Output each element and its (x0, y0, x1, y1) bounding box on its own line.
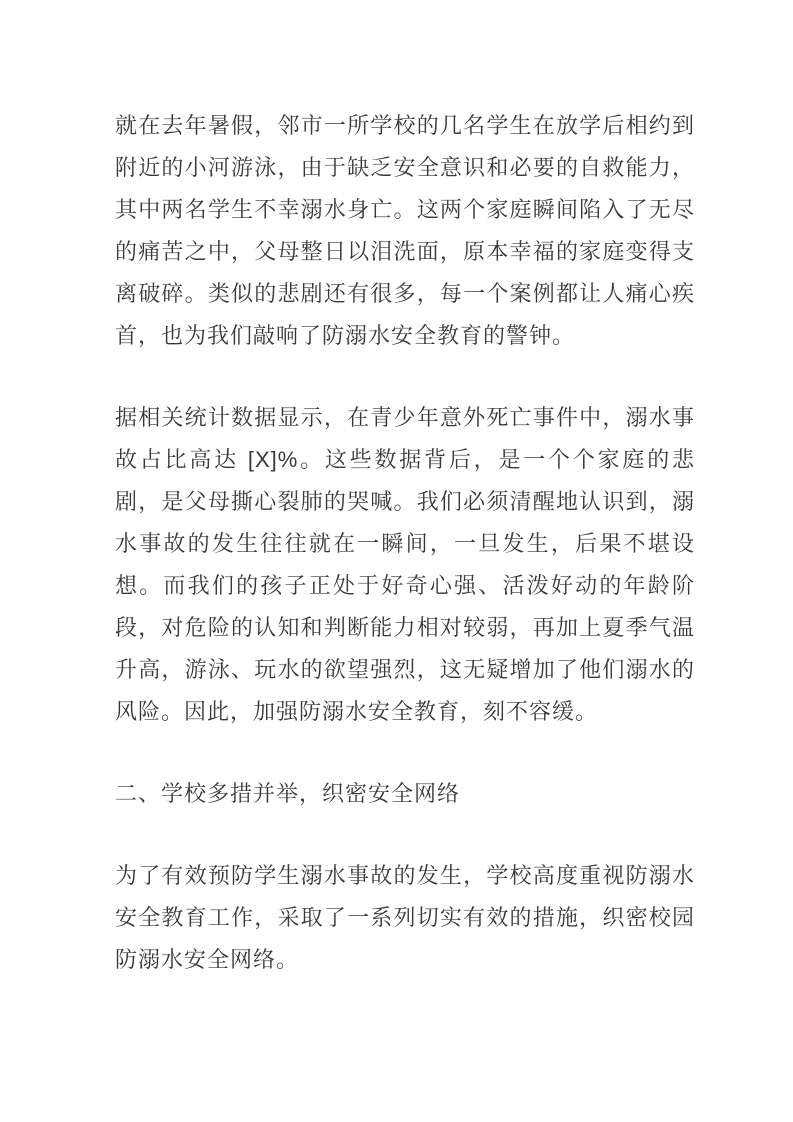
document-page: 就在去年暑假，邻市一所学校的几名学生在放学后相约到附近的小河游泳，由于缺乏安全意… (0, 0, 793, 1122)
paragraph-statistics: 据相关统计数据显示，在青少年意外死亡事件中，溺水事故占比高达 [X]%。这些数据… (115, 397, 695, 733)
paragraph-school-actions: 为了有效预防学生溺水事故的发生，学校高度重视防溺水安全教育工作，采取了一系列切实… (115, 855, 695, 981)
paragraph-accident-case: 就在去年暑假，邻市一所学校的几名学生在放学后相约到附近的小河游泳，由于缺乏安全意… (115, 105, 695, 357)
section-heading-school-measures: 二、学校多措并举，织密安全网络 (115, 773, 695, 815)
